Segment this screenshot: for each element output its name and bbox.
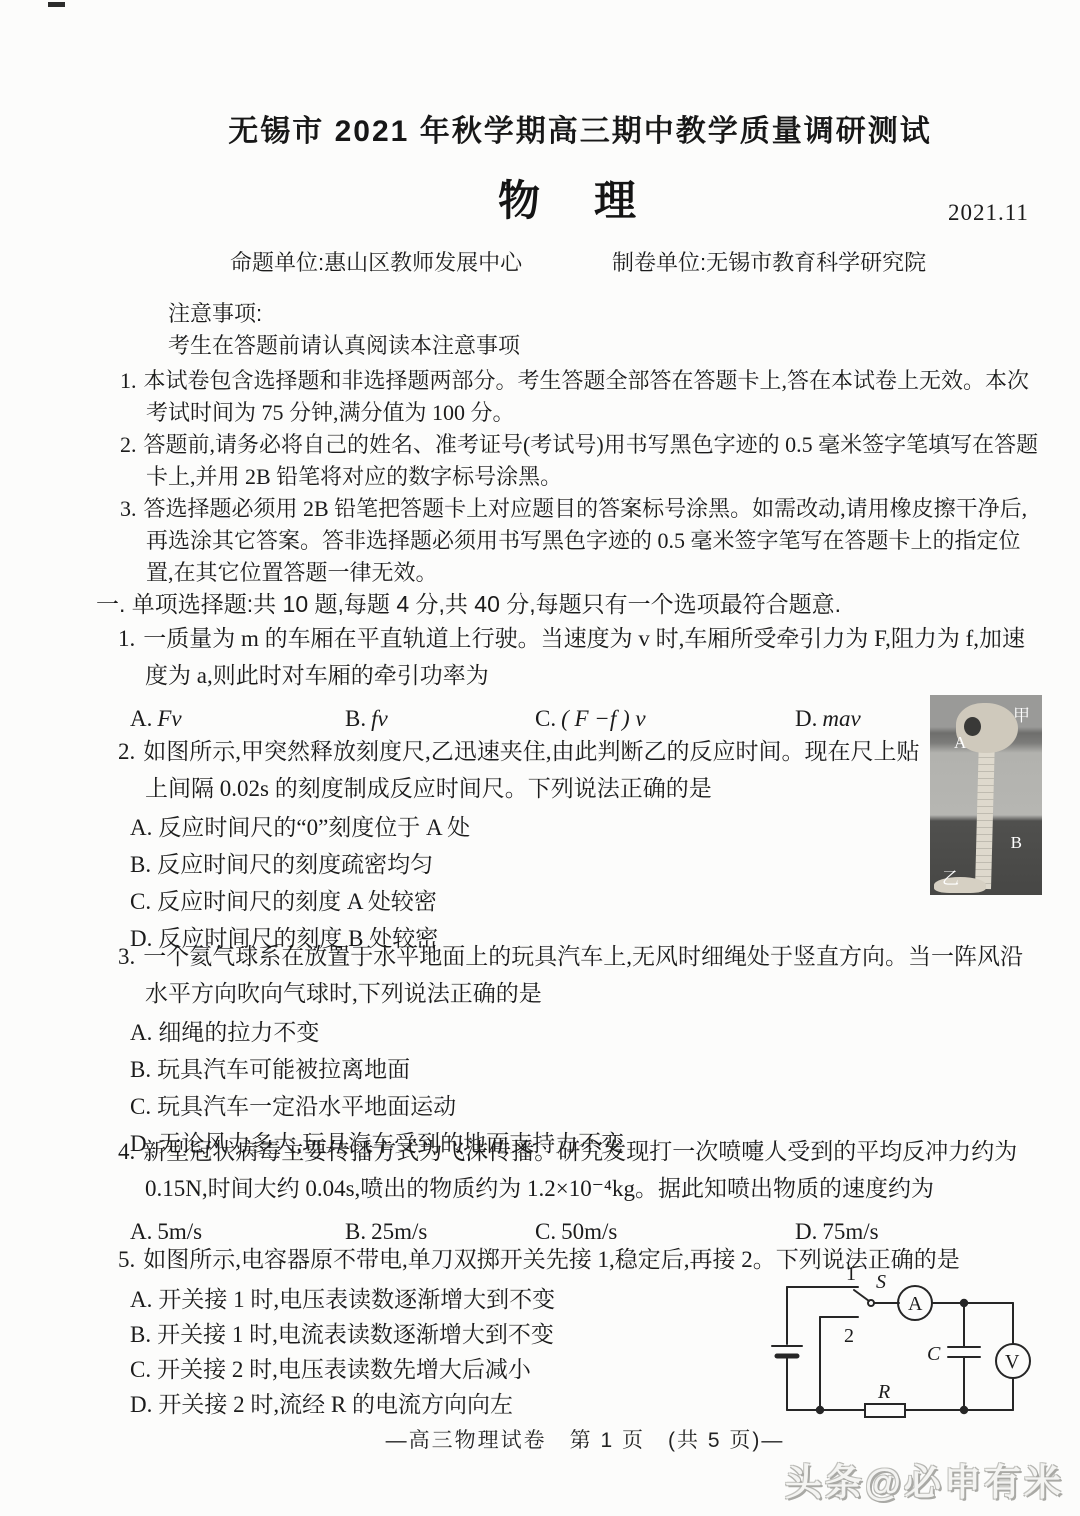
label-terminal-2: 2 — [844, 1325, 854, 1347]
junction-dot — [961, 1407, 967, 1413]
question-3: 3.一个氦气球系在放置于水平地面上的玩具汽车上,无风时细绳处于竖直方向。当一阵风… — [118, 938, 1042, 1162]
label-b: B — [1011, 833, 1022, 853]
label-voltmeter: V — [1005, 1351, 1020, 1373]
hand-grip-shadow — [964, 717, 981, 736]
option-c: C.( F −f ) v — [535, 700, 646, 737]
section-heading: 一. 单项选择题:共 10 题,每题 4 分,共 40 分,每题只有一个选项最符… — [96, 586, 841, 619]
question-1-options: A.Fv B.fv C.( F −f ) v D.mav — [118, 700, 1042, 737]
option-b: B.fv — [345, 700, 388, 737]
question-3-text: 3.一个氦气球系在放置于水平地面上的玩具汽车上,无风时细绳处于竖直方向。当一阵风… — [118, 938, 1042, 1012]
question-1: 1.一质量为 m 的车厢在平直轨道上行驶。当速度为 v 时,车厢所受牵引力为 F… — [118, 620, 1042, 737]
question-4-text: 4.新型冠状病毒主要传播方式为飞沫传播。研究发现打一次喷嚏人受到的平均反冲力约为… — [118, 1133, 1042, 1207]
label-switch: S — [876, 1271, 886, 1293]
option-b: B.反应时间尺的刻度疏密均匀 — [118, 846, 930, 883]
label-a: A — [954, 733, 966, 753]
option-d: D.mav — [795, 700, 861, 737]
option-a: A.反应时间尺的“0”刻度位于 A 处 — [118, 809, 930, 846]
question-4: 4.新型冠状病毒主要传播方式为飞沫传播。研究发现打一次喷嚏人受到的平均反冲力约为… — [118, 1133, 1042, 1250]
exam-date: 2021.11 — [948, 200, 1029, 226]
notice-item: 1.本试卷包含选择题和非选择题两部分。考生答题全部答在答题卡上,答在本试卷上无效… — [120, 365, 1044, 429]
notice-item: 2.答题前,请务必将自己的姓名、准考证号(考试号)用书写黑色字迹的 0.5 毫米… — [120, 429, 1044, 493]
resistor-symbol — [865, 1404, 905, 1417]
question-2-text: 2.如图所示,甲突然释放刻度尺,乙迅速夹住,由此判断乙的反应时间。现在尺上贴上间… — [118, 733, 930, 807]
option-c: C.玩具汽车一定沿水平地面运动 — [118, 1088, 1042, 1125]
label-yi: 乙 — [942, 864, 959, 889]
toutiao-watermark: 头条@必申有米 — [785, 1452, 1064, 1506]
notice-section: 注意事项: 考生在答题前请认真阅读本注意事项 1.本试卷包含选择题和非选择题两部… — [120, 298, 1044, 589]
label-terminal-1: 1 — [846, 1263, 856, 1285]
label-jia: 甲 — [1013, 701, 1030, 726]
printer-org: 制卷单位:无锡市教育科学研究院 — [612, 246, 926, 277]
option-a: A.细绳的拉力不变 — [118, 1014, 1042, 1051]
notice-heading: 注意事项: — [120, 298, 1044, 330]
option-c: C.反应时间尺的刻度 A 处较密 — [118, 883, 930, 920]
capacitor-circuit-diagram: 1 S 2 A C V R — [770, 1260, 1060, 1445]
question-2-options: A.反应时间尺的“0”刻度位于 A 处 B.反应时间尺的刻度疏密均匀 C.反应时… — [118, 809, 930, 957]
notice-intro: 考生在答题前请认真阅读本注意事项 — [120, 330, 1044, 362]
setter-org: 命题单位:惠山区教师发展中心 — [230, 246, 522, 277]
option-a: A.Fv — [130, 700, 182, 737]
notice-item: 3.答选择题必须用 2B 铅笔把答题卡上对应题目的答案标号涂黑。如需改动,请用橡… — [120, 493, 1044, 589]
question-1-text: 1.一质量为 m 的车厢在平直轨道上行驶。当速度为 v 时,车厢所受牵引力为 F… — [118, 620, 1042, 694]
page-footer: —高三物理试卷 第 1 页 (共 5 页)— — [0, 1424, 1080, 1454]
switch-blade — [854, 1290, 869, 1301]
junction-dot — [817, 1407, 823, 1413]
exam-paper-page: { "header": { "title": "无锡市 2021 年秋学期高三期… — [0, 0, 1080, 1516]
subject-title: 物 理 — [0, 168, 1080, 228]
question-2: 2.如图所示,甲突然释放刻度尺,乙迅速夹住,由此判断乙的反应时间。现在尺上贴上间… — [118, 733, 930, 957]
page-title: 无锡市 2021 年秋学期高三期中教学质量调研测试 — [0, 106, 1080, 150]
reaction-ruler-photo: 甲 A B 乙 — [930, 695, 1042, 895]
label-capacitor: C — [927, 1343, 941, 1365]
junction-dot — [961, 1300, 967, 1306]
label-ammeter: A — [908, 1293, 923, 1315]
option-b: B.玩具汽车可能被拉离地面 — [118, 1051, 1042, 1088]
scan-artifact-dash — [48, 2, 65, 7]
ruler-strip — [975, 737, 995, 889]
label-resistor: R — [877, 1381, 890, 1403]
